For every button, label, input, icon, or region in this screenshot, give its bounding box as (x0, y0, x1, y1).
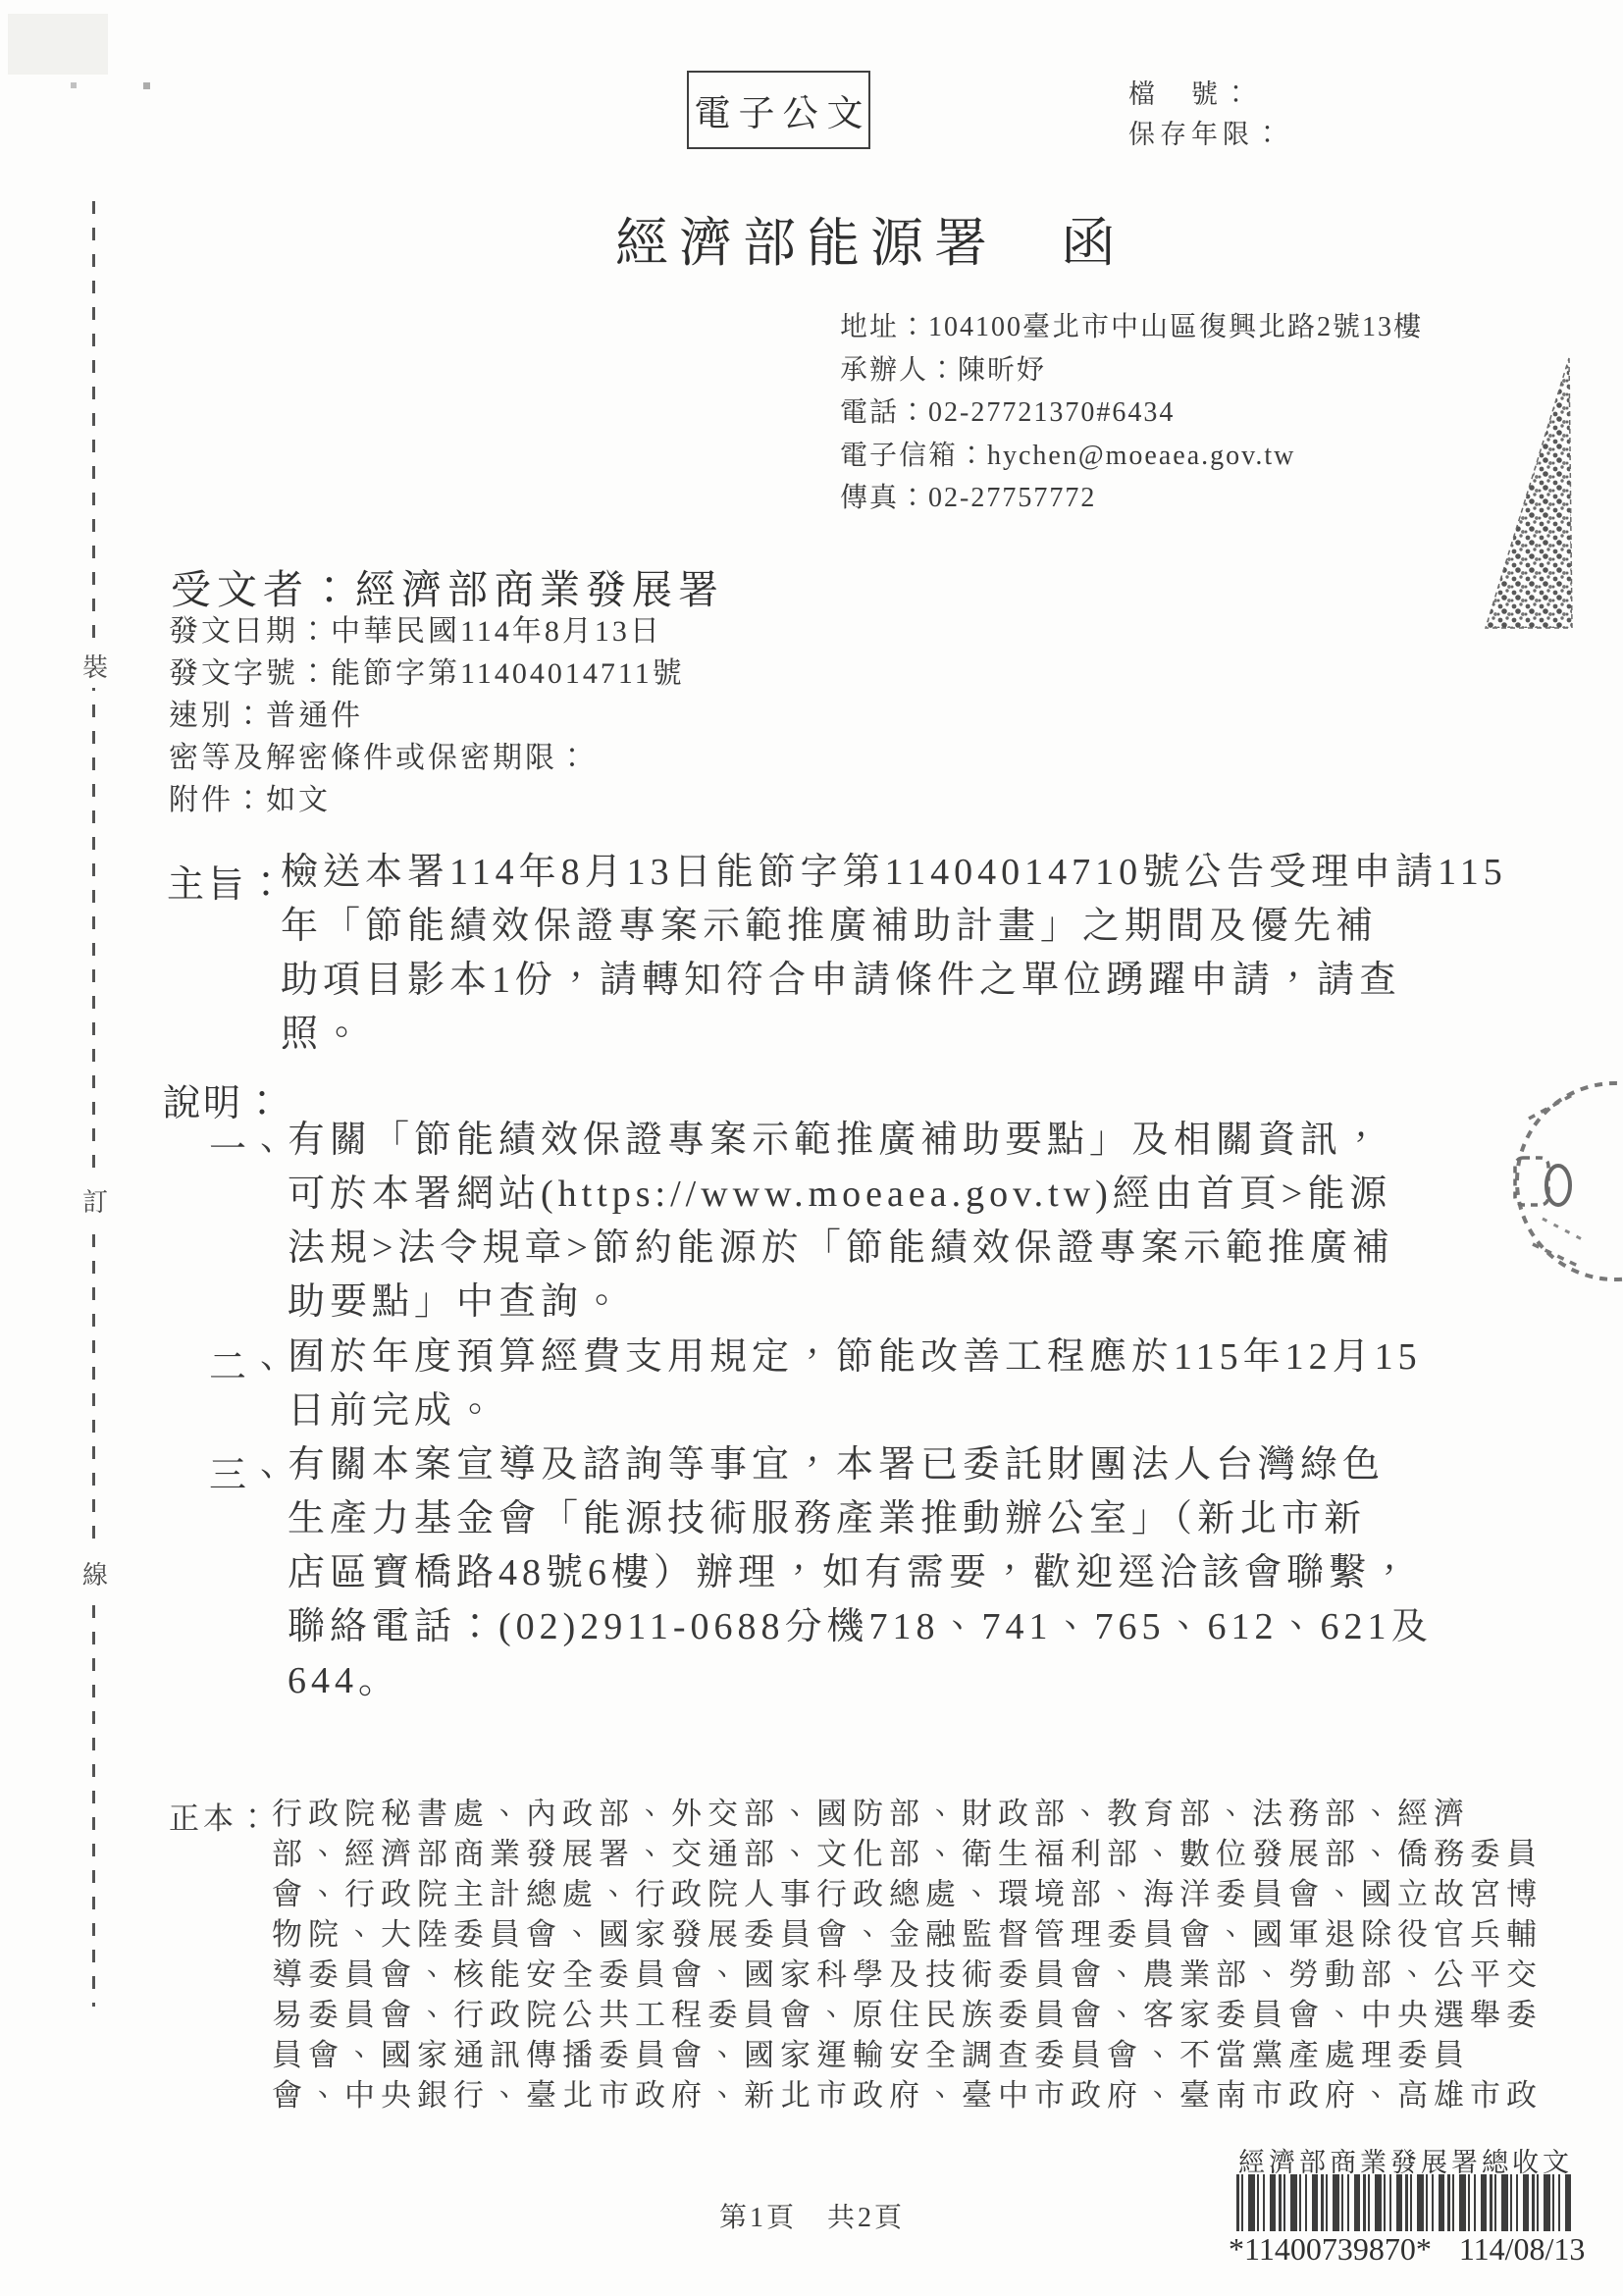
description-line: 聯絡電話：(02)2911-0688分機718、741、765、612、621及 (288, 1600, 1434, 1654)
description-item-number: 三、 (209, 1444, 288, 1498)
copy-to-line: 易委員會、行政院公共工程委員會、原住民族委員會、客家委員會、中央選舉委 (272, 1995, 1543, 2035)
description-item-3: 有關本案宣導及諮詢等事宜，本署已委託財團法人台灣綠色 生產力基金會「能源技術服務… (288, 1438, 1434, 1708)
document-meta-block: 發文日期：中華民國114年8月13日 發文字號：能節字第11404014711號… (169, 610, 685, 821)
description-item-1: 有關「節能績效保證專案示範推廣補助要點」及相關資訊， 可於本署網站(https:… (288, 1114, 1394, 1330)
received-stamp-number-row: *11400739870* 114/08/13 (1229, 2231, 1585, 2268)
received-stamp-barcode (1236, 2174, 1574, 2231)
scanned-official-letter: 電子公文 檔 號： 保存年限： 經濟部能源署 函 地址：104100臺北市中山區… (0, 0, 1623, 2296)
scan-speck (71, 82, 77, 88)
file-header: 檔 號： 保存年限： (1128, 75, 1285, 155)
copy-to-line: 會、行政院主計總處、行政院人事行政總處、環境部、海洋委員會、國立故宮博 (272, 1874, 1543, 1914)
attachment-note: 附件：如文 (169, 779, 685, 821)
partial-circular-seal (1499, 1071, 1623, 1302)
binding-mark-ding: 訂 (78, 1178, 113, 1223)
copy-to-line: 會、中央銀行、臺北市政府、新北市政府、臺中市政府、臺南市政府、高雄市政 (272, 2075, 1543, 2115)
sender-contact-person: 承辦人：陳昕妤 (840, 349, 1423, 392)
received-stamp-number: *11400739870* (1229, 2231, 1432, 2268)
subject-label: 主旨： (167, 854, 288, 908)
file-number-label: 檔 號： (1128, 75, 1285, 115)
issue-number: 發文字號：能節字第11404014711號 (169, 652, 685, 695)
copy-to-line: 員會、國家通訊傳播委員會、國家運輸安全調查委員會、不當黨產處理委員 (272, 2035, 1543, 2075)
description-item-number: 一、 (209, 1119, 288, 1173)
subject-line: 年「節能績效保證專案示範推廣補助計畫」之期間及優先補 (281, 900, 1507, 954)
sender-phone: 電話：02-27721370#6434 (840, 391, 1423, 435)
sender-email: 電子信箱：hychen@moeaea.gov.tw (840, 435, 1423, 478)
subject-line: 助項目影本1份，請轉知符合申請條件之單位踴躍申請，請查 (281, 954, 1507, 1008)
description-line: 店區寶橋路48號6樓）辦理，如有需要，歡迎逕洽該會聯繫， (288, 1546, 1434, 1600)
sender-address: 地址：104100臺北市中山區復興北路2號13樓 (840, 306, 1423, 349)
description-line: 可於本署網站(https://www.moeaea.gov.tw)經由首頁>能源 (288, 1168, 1394, 1222)
delivery-speed: 速別：普通件 (169, 695, 685, 737)
received-stamp-date: 114/08/13 (1459, 2231, 1586, 2268)
copy-to-label: 正本： (169, 1794, 272, 1838)
description-line: 囿於年度預算經費支用規定，節能改善工程應於115年12月15 (288, 1331, 1422, 1384)
description-line: 644。 (288, 1654, 1434, 1708)
description-line: 日前完成。 (288, 1384, 1422, 1438)
description-line: 法規>法令規章>節約能源於「節能績效保證專案示範推廣補 (288, 1222, 1394, 1276)
electronic-document-label: 電子公文 (687, 83, 871, 136)
recipient-line: 受文者：經濟部商業發展署 (171, 557, 724, 615)
binding-mark-xian: 線 (78, 1551, 113, 1595)
sender-info-block: 地址：104100臺北市中山區復興北路2號13樓 承辦人：陳昕妤 電話：02-2… (840, 306, 1423, 520)
copy-to-line: 部、經濟部商業發展署、交通部、文化部、衛生福利部、數位發展部、僑務委員 (272, 1834, 1543, 1874)
description-line: 有關本案宣導及諮詢等事宜，本署已委託財團法人台灣綠色 (288, 1438, 1434, 1492)
description-line: 生產力基金會「能源技術服務產業推動辦公室」（新北市新 (288, 1492, 1434, 1546)
scan-speck (143, 82, 150, 89)
description-item-number: 二、 (209, 1336, 288, 1390)
description-line: 有關「節能績效保證專案示範推廣補助要點」及相關資訊， (288, 1114, 1394, 1168)
subject-text: 檢送本署114年8月13日能節字第11404014710號公告受理申請115 年… (281, 846, 1507, 1062)
sender-fax: 傳真：02-27757772 (840, 477, 1423, 520)
issue-date: 發文日期：中華民國114年8月13日 (169, 610, 685, 652)
copy-to-line: 物院、大陸委員會、國家發展委員會、金融監督管理委員會、國軍退除役官兵輔 (272, 1914, 1543, 1955)
binding-dashed-line (92, 201, 95, 2007)
copy-to-line: 行政院秘書處、內政部、外交部、國防部、財政部、教育部、法務部、經濟 (272, 1794, 1543, 1834)
corner-ink-stamp (1484, 355, 1574, 632)
electronic-document-stamp-box: 電子公文 (687, 71, 870, 149)
binding-mark-zhuang: 裝 (78, 644, 113, 688)
copy-to-list: 行政院秘書處、內政部、外交部、國防部、財政部、教育部、法務部、經濟 部、經濟部商… (272, 1794, 1543, 2115)
subject-line: 照。 (281, 1008, 1507, 1062)
scan-smudge (8, 14, 108, 75)
security-classification: 密等及解密條件或保密期限： (169, 737, 685, 779)
document-title: 經濟部能源署 函 (615, 201, 1126, 277)
retention-period-label: 保存年限： (1128, 115, 1285, 155)
copy-to-line: 導委員會、核能安全委員會、國家科學及技術委員會、農業部、勞動部、公平交 (272, 1955, 1543, 1995)
description-line: 助要點」中查詢。 (288, 1276, 1394, 1330)
page-number-footer: 第1頁 共2頁 (719, 2196, 905, 2235)
description-item-2: 囿於年度預算經費支用規定，節能改善工程應於115年12月15 日前完成。 (288, 1331, 1422, 1438)
subject-line: 檢送本署114年8月13日能節字第11404014710號公告受理申請115 (281, 846, 1507, 900)
